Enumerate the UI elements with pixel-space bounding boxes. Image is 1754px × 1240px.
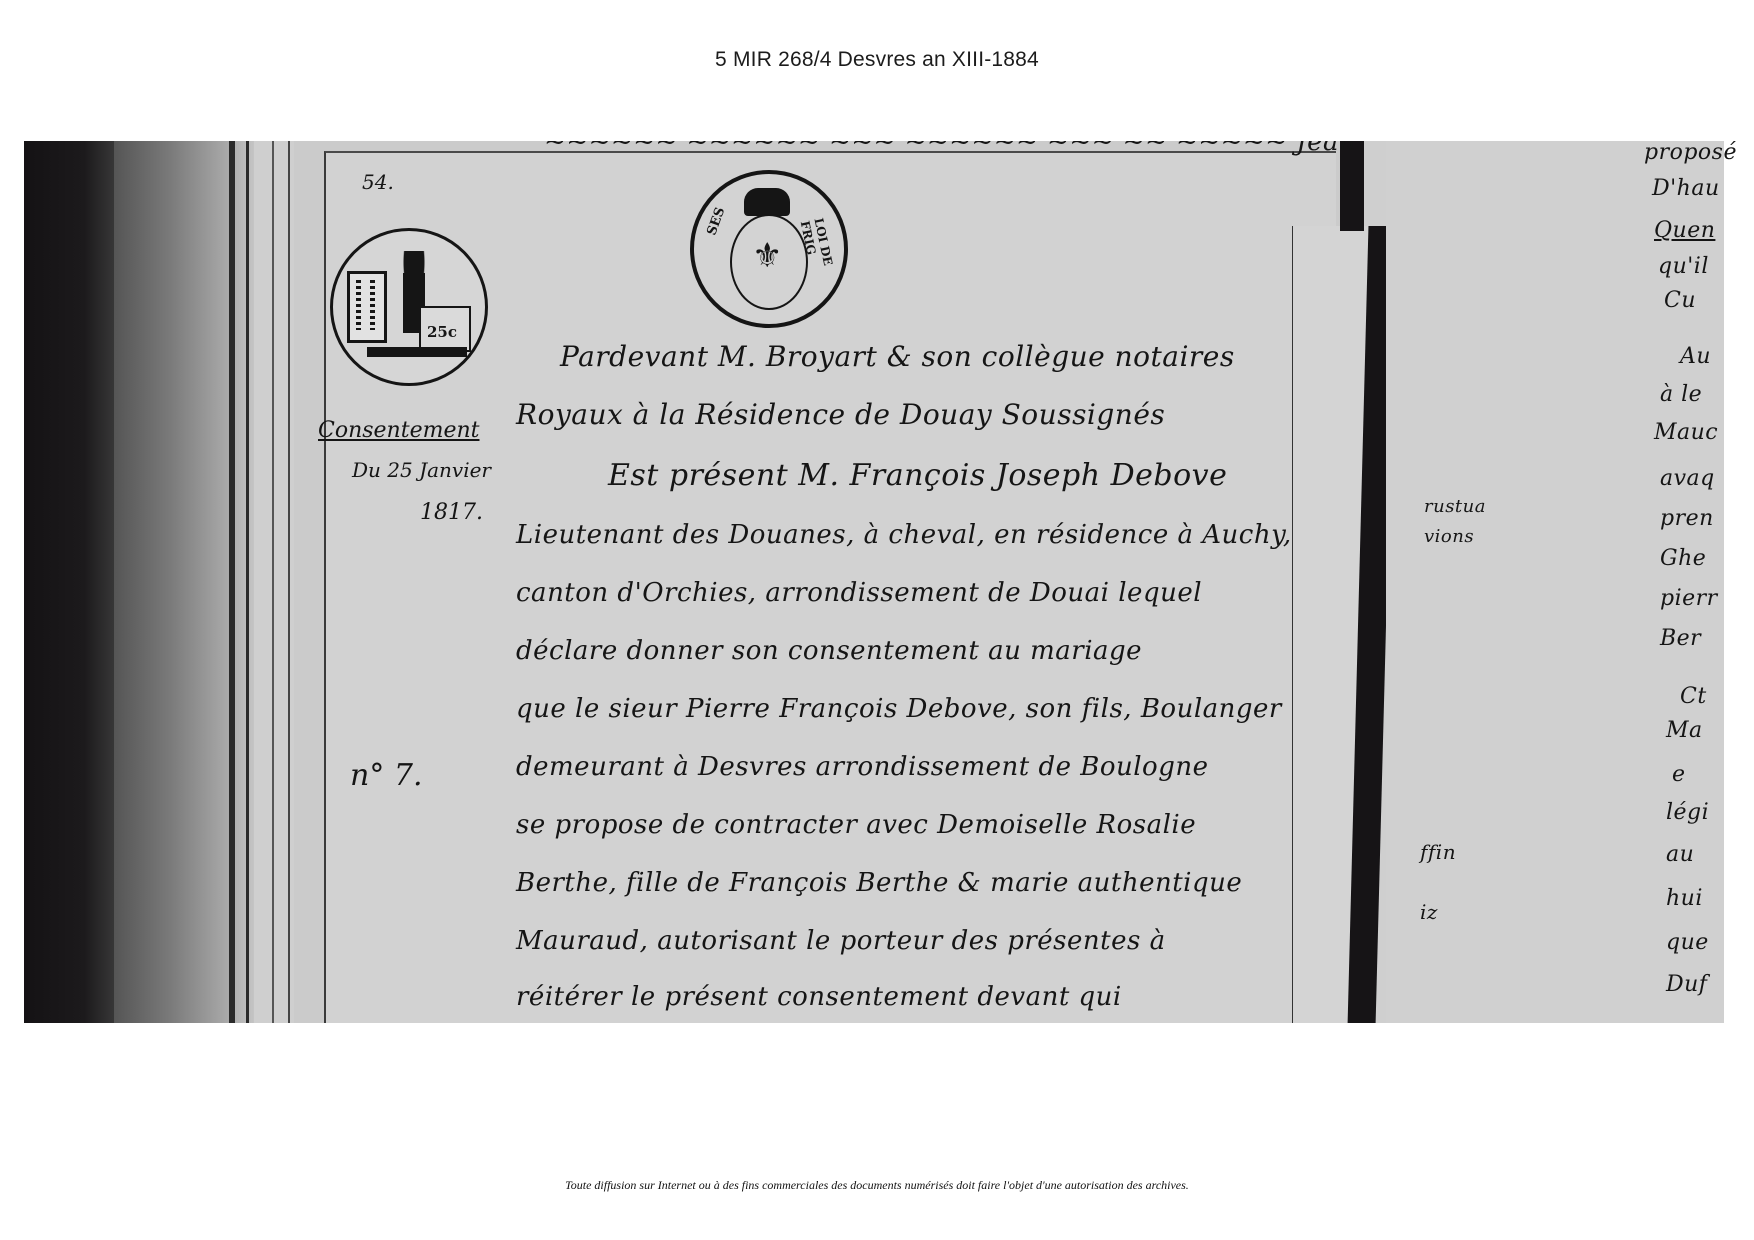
body-line: déclare donner son consentement au maria… — [516, 636, 1142, 666]
facing-page-fragment: Cu — [1664, 288, 1696, 313]
facing-page-fragment: que — [1666, 930, 1709, 955]
facing-page-fragment: légi — [1666, 800, 1709, 825]
body-line: que le sieur Pierre François Debove, son… — [516, 694, 1282, 724]
body-line: Lieutenant des Douanes, à cheval, en rés… — [516, 520, 1292, 550]
facing-page-fragment: qu'il — [1658, 254, 1709, 279]
body-line: réitérer le présent consentement devant … — [516, 982, 1122, 1012]
facing-page-fragment: avaq — [1660, 466, 1715, 491]
facing-page-fragment: e — [1672, 762, 1686, 787]
facing-page-fragment: Duf — [1666, 972, 1707, 997]
fleur-de-lis-icon: ⚜ — [752, 236, 782, 276]
tax-stamp: 25c — [330, 228, 488, 386]
page-edge-line — [246, 141, 249, 1023]
page-edge-line — [229, 141, 235, 1023]
margin-note-year: 1817. — [420, 500, 483, 525]
page-edge-line — [288, 141, 290, 1023]
facing-page-fragment: Mauc — [1654, 420, 1718, 445]
facing-page-fragment: Ct — [1680, 684, 1707, 709]
fold-fragment: rustua — [1424, 496, 1486, 517]
facing-page-fragment: Ma — [1666, 718, 1703, 743]
facing-page-fragment: Quen — [1654, 218, 1715, 243]
royal-seal: ⚜ SES LOI DE FRIG — [690, 170, 848, 328]
seal-legend-left: SES — [704, 205, 728, 237]
body-line: canton d'Orchies, arrondissement de Doua… — [516, 578, 1202, 608]
body-line: Royaux à la Résidence de Douay Soussigné… — [516, 398, 1165, 431]
facing-page-fragment: au — [1666, 842, 1694, 867]
facing-page-fragment: Ber — [1660, 626, 1701, 651]
facing-page-fragment: Ghe — [1660, 546, 1706, 571]
body-line: Berthe, fille de François Berthe & marie… — [516, 868, 1242, 898]
stamp-base — [367, 347, 467, 357]
facing-page-fragment: hui — [1666, 886, 1703, 911]
facing-page-fragment: Au — [1680, 344, 1711, 369]
body-line: se propose de contracter avec Demoiselle… — [516, 810, 1196, 840]
page-title: 5 MIR 268/4 Desvres an XIII-1884 — [0, 48, 1754, 72]
body-line: demeurant à Desvres arrondissement de Bo… — [516, 752, 1209, 782]
fold-fragment: ffin — [1420, 840, 1456, 864]
fold-fragment: iz — [1420, 900, 1438, 924]
stamp-value: 25c — [427, 323, 457, 341]
record-number: n° 7. — [350, 758, 422, 793]
cut-off-line: ~~~~~~ ~~~~~~ ~~~ ~~~~~~ ~~~ ~~ ~~~~~ Je… — [544, 141, 1356, 157]
crown-icon — [744, 188, 790, 216]
margin-note-heading: Consentement — [318, 418, 479, 443]
body-line: Mauraud, autorisant le porteur des prése… — [516, 926, 1166, 956]
tablet-of-law-icon — [347, 271, 387, 343]
margin-note-date: Du 25 Janvier — [352, 458, 491, 482]
facing-page-fragment: D'hau — [1652, 176, 1720, 201]
facing-page-fragment: proposé — [1644, 140, 1737, 165]
body-line: Pardevant M. Broyart & son collègue nota… — [560, 340, 1235, 373]
copyright-notice: Toute diffusion sur Internet ou à des fi… — [0, 1178, 1754, 1193]
fold-fragment: vions — [1424, 526, 1474, 547]
facing-page-fragment: à le — [1660, 382, 1702, 407]
facing-page-fragment: pierr — [1660, 586, 1718, 611]
body-line: Est présent M. François Joseph Debove — [608, 458, 1227, 493]
facing-page-fragment: pren — [1660, 506, 1714, 531]
folio-number: 54. — [362, 170, 394, 194]
page-edge-line — [272, 141, 274, 1023]
